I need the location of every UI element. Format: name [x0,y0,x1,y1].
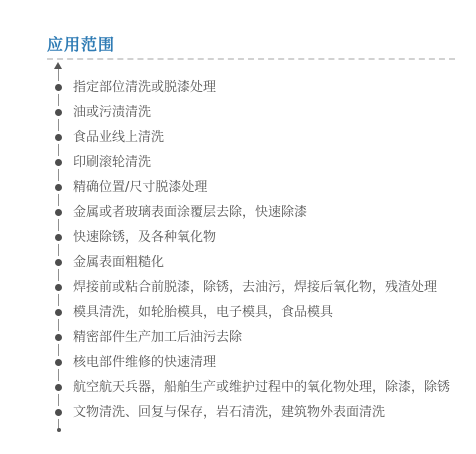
list-item: 食品业线上清洗 [47,125,472,150]
bullet-icon [55,159,62,166]
bullet-icon [55,409,62,416]
list-item-text: 文物清洗、回复与保存，岩石清洗，建筑物外表面清洗 [73,400,385,425]
section-title: 应用范围 [47,36,115,54]
list-item: 油或污渍清洗 [47,100,472,125]
list-item-text: 金属表面粗糙化 [73,250,164,275]
bullet-icon [55,84,62,91]
list-item-text: 金属或者玻璃表面涂覆层去除，快速除漆 [73,200,307,225]
list-item-text: 精确位置/尺寸脱漆处理 [73,175,207,200]
bullet-icon [55,334,62,341]
list-item-text: 模具清洗，如轮胎模具，电子模具，食品模具 [73,300,333,325]
list-item-text: 焊接前或粘合前脱漆，除锈，去油污，焊接后氧化物，残渣处理 [73,275,437,300]
bullet-icon [55,359,62,366]
bullet-icon [55,384,62,391]
bullet-icon [55,259,62,266]
list-item: 精密部件生产加工后油污去除 [47,325,472,350]
list-item-text: 油或污渍清洗 [73,100,151,125]
bullet-icon [55,234,62,241]
list-item-text: 快速除锈，及各种氧化物 [73,225,216,250]
timeline-end-dot [57,428,61,432]
list-item: 金属或者玻璃表面涂覆层去除，快速除漆 [47,200,472,225]
bullet-icon [55,184,62,191]
list-item: 模具清洗，如轮胎模具，电子模具，食品模具 [47,300,472,325]
application-scope-section: 应用范围 指定部位清洗或脱漆处理 油或污渍清洗 食品业线上清洗 印刷滚轮清洗 [0,0,476,454]
list-item: 指定部位清洗或脱漆处理 [47,75,472,100]
list-item-text: 食品业线上清洗 [73,125,164,150]
list-item-text: 核电部件维修的快速清理 [73,350,216,375]
bullet-icon [55,134,62,141]
list-item: 快速除锈，及各种氧化物 [47,225,472,250]
list-item: 航空航天兵器，船舶生产或维护过程中的氧化物处理，除漆，除锈 [47,375,472,400]
list-item: 印刷滚轮清洗 [47,150,472,175]
list-item-text: 指定部位清洗或脱漆处理 [73,75,216,100]
application-timeline: 指定部位清洗或脱漆处理 油或污渍清洗 食品业线上清洗 印刷滚轮清洗 精确位置/尺… [47,62,472,425]
list-item: 文物清洗、回复与保存，岩石清洗，建筑物外表面清洗 [47,400,472,425]
list-item-text: 精密部件生产加工后油污去除 [73,325,242,350]
bullet-icon [55,109,62,116]
list-item: 核电部件维修的快速清理 [47,350,472,375]
list-item: 金属表面粗糙化 [47,250,472,275]
bullet-icon [55,309,62,316]
list-item: 焊接前或粘合前脱漆，除锈，去油污，焊接后氧化物，残渣处理 [47,275,472,300]
bullet-icon [55,209,62,216]
bullet-icon [55,284,62,291]
dashed-divider [47,58,455,60]
list-item-text: 航空航天兵器，船舶生产或维护过程中的氧化物处理，除漆，除锈 [73,375,450,400]
list-item-text: 印刷滚轮清洗 [73,150,151,175]
application-list: 指定部位清洗或脱漆处理 油或污渍清洗 食品业线上清洗 印刷滚轮清洗 精确位置/尺… [47,62,472,425]
list-item: 精确位置/尺寸脱漆处理 [47,175,472,200]
